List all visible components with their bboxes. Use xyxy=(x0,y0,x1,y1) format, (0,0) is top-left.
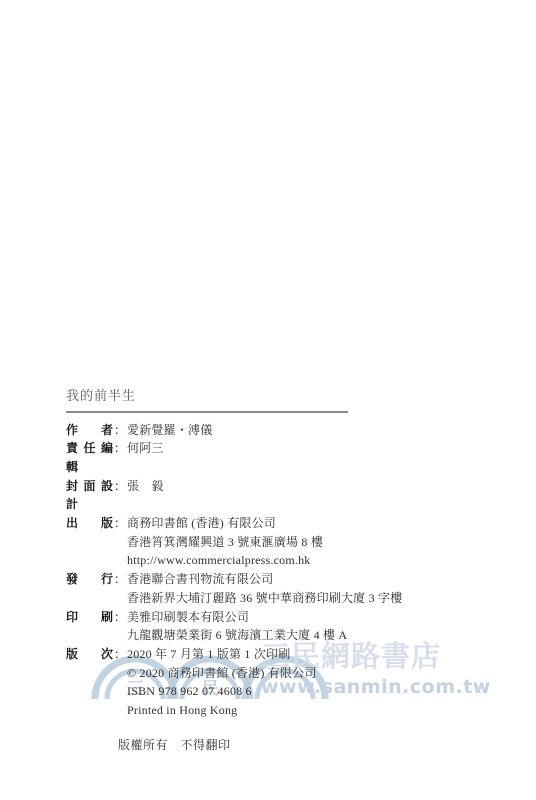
row-value: 香港聯合書刊物流有限公司 xyxy=(127,570,496,589)
copyright-holder: © 2020 商務印書館 (香港) 有限公司 xyxy=(127,664,496,683)
row-colon: ： xyxy=(114,608,126,627)
colophon-row-publisher: 出版 ： 商務印書館 (香港) 有限公司 香港筲箕灣耀興道 3 號東滙廣場 8 … xyxy=(66,514,496,570)
row-colon: ： xyxy=(114,439,126,458)
colophon-page: 我的前半生 作者 ： 愛新覺羅・溥儀 責任編輯 ： 何阿三 封面設計 ： 張 毅… xyxy=(66,388,496,754)
row-label: 版次 xyxy=(66,645,113,664)
edition-info: 2020 年 7 月第 1 版第 1 次印刷 xyxy=(127,645,496,664)
isbn: ISBN 978 962 07 4608 6 xyxy=(127,682,496,701)
row-colon: ： xyxy=(114,645,126,664)
row-value: 香港新界大埔汀麗路 36 號中華商務印刷大廈 3 字樓 xyxy=(127,589,496,608)
row-value: 商務印書館 (香港) 有限公司 xyxy=(127,514,496,533)
row-label: 印刷 xyxy=(66,608,113,627)
row-value: 張 毅 xyxy=(127,477,496,496)
colophon-row-author: 作者 ： 愛新覺羅・溥儀 xyxy=(66,421,496,440)
row-label: 作者 xyxy=(66,421,113,440)
row-value: 九龍觀塘榮業街 6 號海濱工業大廈 4 樓 A xyxy=(127,626,496,645)
row-value: 美雅印刷製本有限公司 xyxy=(127,608,496,627)
book-title: 我的前半生 xyxy=(66,388,496,403)
printed-in: Printed in Hong Kong xyxy=(127,701,496,720)
row-value: 愛新覺羅・溥儀 xyxy=(127,421,496,440)
colophon-row-editor: 責任編輯 ： 何阿三 xyxy=(66,439,496,476)
colophon-row-cover-design: 封面設計 ： 張 毅 xyxy=(66,477,496,514)
row-label: 出版 xyxy=(66,514,113,533)
row-colon: ： xyxy=(114,570,126,589)
colophon-row-distributor: 發行 ： 香港聯合書刊物流有限公司 香港新界大埔汀麗路 36 號中華商務印刷大廈… xyxy=(66,570,496,607)
colophon-row-edition: 版次 ： 2020 年 7 月第 1 版第 1 次印刷 © 2020 商務印書館… xyxy=(66,645,496,720)
row-value: 香港筲箕灣耀興道 3 號東滙廣場 8 樓 xyxy=(127,533,496,552)
colophon-rows: 作者 ： 愛新覺羅・溥儀 責任編輯 ： 何阿三 封面設計 ： 張 毅 出版 ： … xyxy=(66,421,496,720)
row-label: 責任編輯 xyxy=(66,439,113,476)
row-label: 封面設計 xyxy=(66,477,113,514)
row-label: 發行 xyxy=(66,570,113,589)
row-value: 何阿三 xyxy=(127,439,496,458)
colophon-row-printer: 印刷 ： 美雅印刷製本有限公司 九龍觀塘榮業街 6 號海濱工業大廈 4 樓 A xyxy=(66,608,496,645)
publisher-url: http://www.commercialpress.com.hk xyxy=(127,551,496,570)
row-colon: ： xyxy=(114,421,126,440)
title-divider xyxy=(66,411,348,413)
row-colon: ： xyxy=(114,477,126,496)
copyright-notice: 版權所有 不得翻印 xyxy=(66,736,496,755)
row-colon: ： xyxy=(114,514,126,533)
